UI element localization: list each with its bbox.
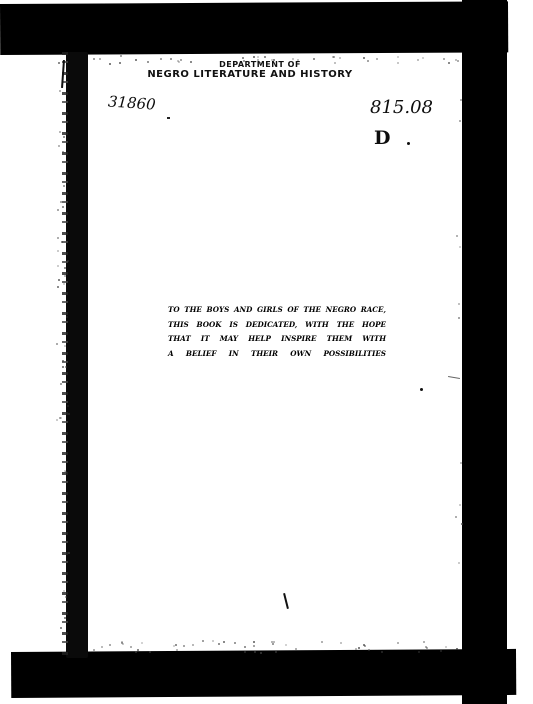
speckle (109, 644, 111, 646)
speckle (59, 417, 61, 419)
speckle (445, 646, 447, 648)
speckle (60, 201, 62, 203)
speckle (109, 63, 111, 65)
speckle (397, 56, 399, 58)
scan-border-top (0, 1, 508, 55)
speckle (321, 641, 323, 643)
speckle (64, 345, 66, 347)
speckle (57, 286, 59, 288)
speckle (397, 642, 399, 644)
speckle (423, 641, 425, 643)
speckle (120, 55, 122, 57)
scan-border-right (462, 0, 507, 704)
speckle (101, 646, 103, 648)
speckle (119, 62, 121, 64)
speckle (339, 57, 341, 59)
dedication-line: THAT IT MAY HELP INSPIRE THEM WITH (168, 332, 386, 347)
speckle (460, 99, 462, 101)
speckle (458, 317, 460, 319)
speckle (147, 61, 149, 63)
speckle (58, 279, 60, 281)
speckle (448, 62, 450, 64)
speckle (64, 275, 66, 277)
speckle (137, 649, 139, 651)
speckle (242, 57, 244, 59)
speckle (257, 56, 259, 58)
speckle (285, 644, 287, 646)
speckle (460, 462, 462, 464)
speckle (218, 643, 220, 645)
speckle (178, 61, 180, 63)
speckle (253, 56, 255, 58)
speckle (244, 646, 246, 648)
speckle (130, 646, 132, 648)
speckle (459, 504, 461, 506)
speckle (422, 57, 424, 59)
speckle (93, 58, 95, 60)
speckle (223, 641, 225, 643)
dedication-line: TO THE BOYS AND GIRLS OF THE NEGRO RACE, (168, 303, 386, 318)
speckle (57, 209, 59, 211)
speckle (99, 58, 101, 60)
speckle (141, 642, 143, 644)
speckle (455, 516, 457, 518)
speckle (56, 343, 58, 345)
binding-fray (62, 52, 68, 658)
speckle (135, 59, 137, 61)
speckle (443, 58, 445, 60)
speckle (254, 651, 256, 653)
speckle (458, 562, 460, 564)
stray-pen-mark (167, 117, 170, 119)
handwritten-shelf-letter: D (374, 127, 390, 149)
handwritten-accession-number: 31860 (107, 92, 156, 113)
speckle (170, 58, 172, 60)
speckle (275, 651, 277, 653)
speckle (253, 641, 255, 643)
speckle (58, 62, 60, 64)
speckle (192, 644, 194, 646)
speckle (65, 366, 67, 368)
speckle (63, 590, 65, 592)
speckle (272, 643, 274, 645)
speckle (56, 419, 58, 421)
handwritten-dot (407, 142, 410, 145)
speckle (264, 56, 266, 58)
speckle (257, 59, 259, 61)
speckle (340, 642, 342, 644)
speckle (440, 650, 442, 652)
speckle (457, 60, 459, 62)
speckle (333, 56, 335, 58)
speckle (376, 58, 378, 60)
speckle (57, 237, 59, 239)
speckle (62, 151, 64, 153)
speckle (417, 59, 419, 61)
speckle (135, 651, 137, 653)
speckle (183, 645, 185, 647)
speckle (62, 360, 64, 362)
stray-pencil-mark (283, 593, 289, 609)
speckle (253, 645, 255, 647)
speckle (234, 642, 236, 644)
speckle (67, 260, 69, 262)
speckle (358, 647, 360, 649)
speckle (59, 90, 61, 92)
stray-dot (420, 388, 423, 391)
speckle (57, 250, 59, 252)
dedication-line: THIS BOOK IS DEDICATED, WITH THE HOPE (168, 318, 386, 333)
speckle (122, 643, 124, 645)
handwritten-call-number: 815.08 (370, 97, 433, 118)
speckle (149, 651, 151, 653)
speckle (202, 640, 204, 642)
scanned-page: DEPARTMENT OF NEGRO LITERATURE AND HISTO… (0, 0, 533, 704)
speckle (260, 652, 262, 654)
speckle (62, 206, 64, 208)
speckle (363, 57, 365, 59)
speckle (458, 303, 460, 305)
speckle (367, 60, 369, 62)
speckle (397, 62, 399, 64)
speckle (173, 645, 175, 647)
speckle (456, 235, 458, 237)
stray-dash (448, 376, 460, 379)
speckle (332, 56, 334, 58)
speckle (259, 62, 261, 64)
stamp-collection: NEGRO LITERATURE AND HISTORY (130, 69, 370, 81)
speckle (212, 640, 214, 642)
speckle (364, 645, 366, 647)
dedication-line: A BELIEF IN THEIR OWN POSSIBILITIES (168, 347, 386, 362)
speckle (63, 185, 65, 187)
dedication-text: TO THE BOYS AND GIRLS OF THE NEGRO RACE,… (168, 303, 386, 361)
speckle (68, 552, 70, 554)
speckle (60, 383, 62, 385)
speckle (57, 265, 59, 267)
speckle (175, 644, 177, 646)
speckle (180, 59, 182, 61)
speckle (59, 131, 61, 133)
book-binding-edge (66, 52, 88, 658)
speckle (58, 145, 60, 147)
